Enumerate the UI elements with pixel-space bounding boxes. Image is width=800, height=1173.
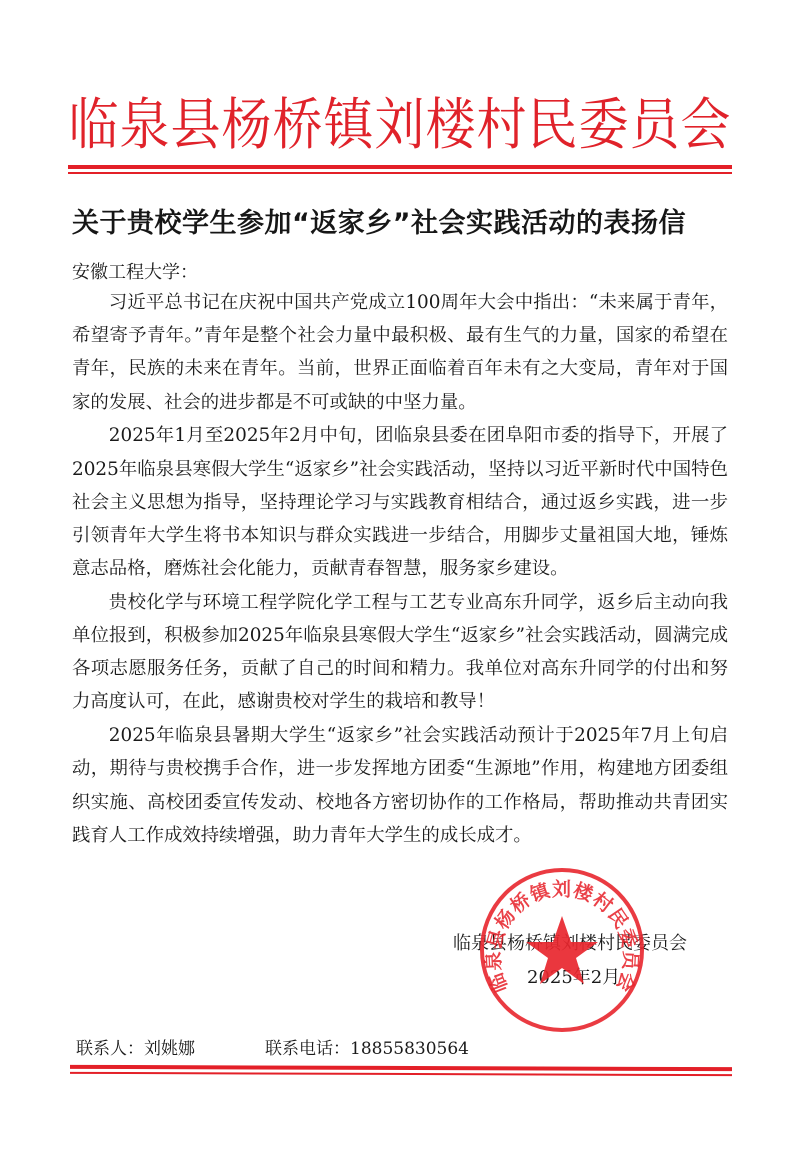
paragraph-1: 习近平总书记在庆祝中国共产党成立100周年大会中指出：“未来属于青年，希望寄予青… <box>72 286 728 419</box>
official-seal: 临泉县杨桥镇刘楼村民委员会 <box>478 866 646 1034</box>
contact-person: 联系人：刘姚娜 <box>76 1034 195 1059</box>
phone-number: 18855830564 <box>350 1039 469 1059</box>
phone-label: 联系电话： <box>265 1039 350 1059</box>
salutation: 安徽工程大学： <box>72 258 198 284</box>
letterhead-title: 临泉县杨桥镇刘楼村民委员会 <box>0 80 800 161</box>
star-icon <box>526 916 598 984</box>
header-rule-thick <box>68 165 732 169</box>
paragraph-2: 2025年1月至2025年2月中旬，团临泉县委在团阜阳市委的指导下，开展了202… <box>72 419 728 585</box>
contact-phone: 联系电话：18855830564 <box>265 1034 469 1059</box>
footer-rule-thin <box>70 1072 732 1076</box>
paragraph-4: 2025年临泉县暑期大学生“返家乡”社会实践活动预计于2025年7月上旬启动，期… <box>72 719 728 852</box>
footer-rule-thick <box>70 1065 732 1071</box>
contact-name: 刘姚娜 <box>144 1039 195 1059</box>
paragraph-3: 贵校化学与环境工程学院化学工程与工艺专业高东升同学，返乡后主动向我单位报到，积极… <box>72 586 728 719</box>
letter-body: 习近平总书记在庆祝中国共产党成立100周年大会中指出：“未来属于青年，希望寄予青… <box>72 286 728 852</box>
header-rule-thin <box>68 172 732 174</box>
contact-label: 联系人： <box>76 1039 144 1059</box>
document-title: 关于贵校学生参加“返家乡”社会实践活动的表扬信 <box>72 201 686 240</box>
